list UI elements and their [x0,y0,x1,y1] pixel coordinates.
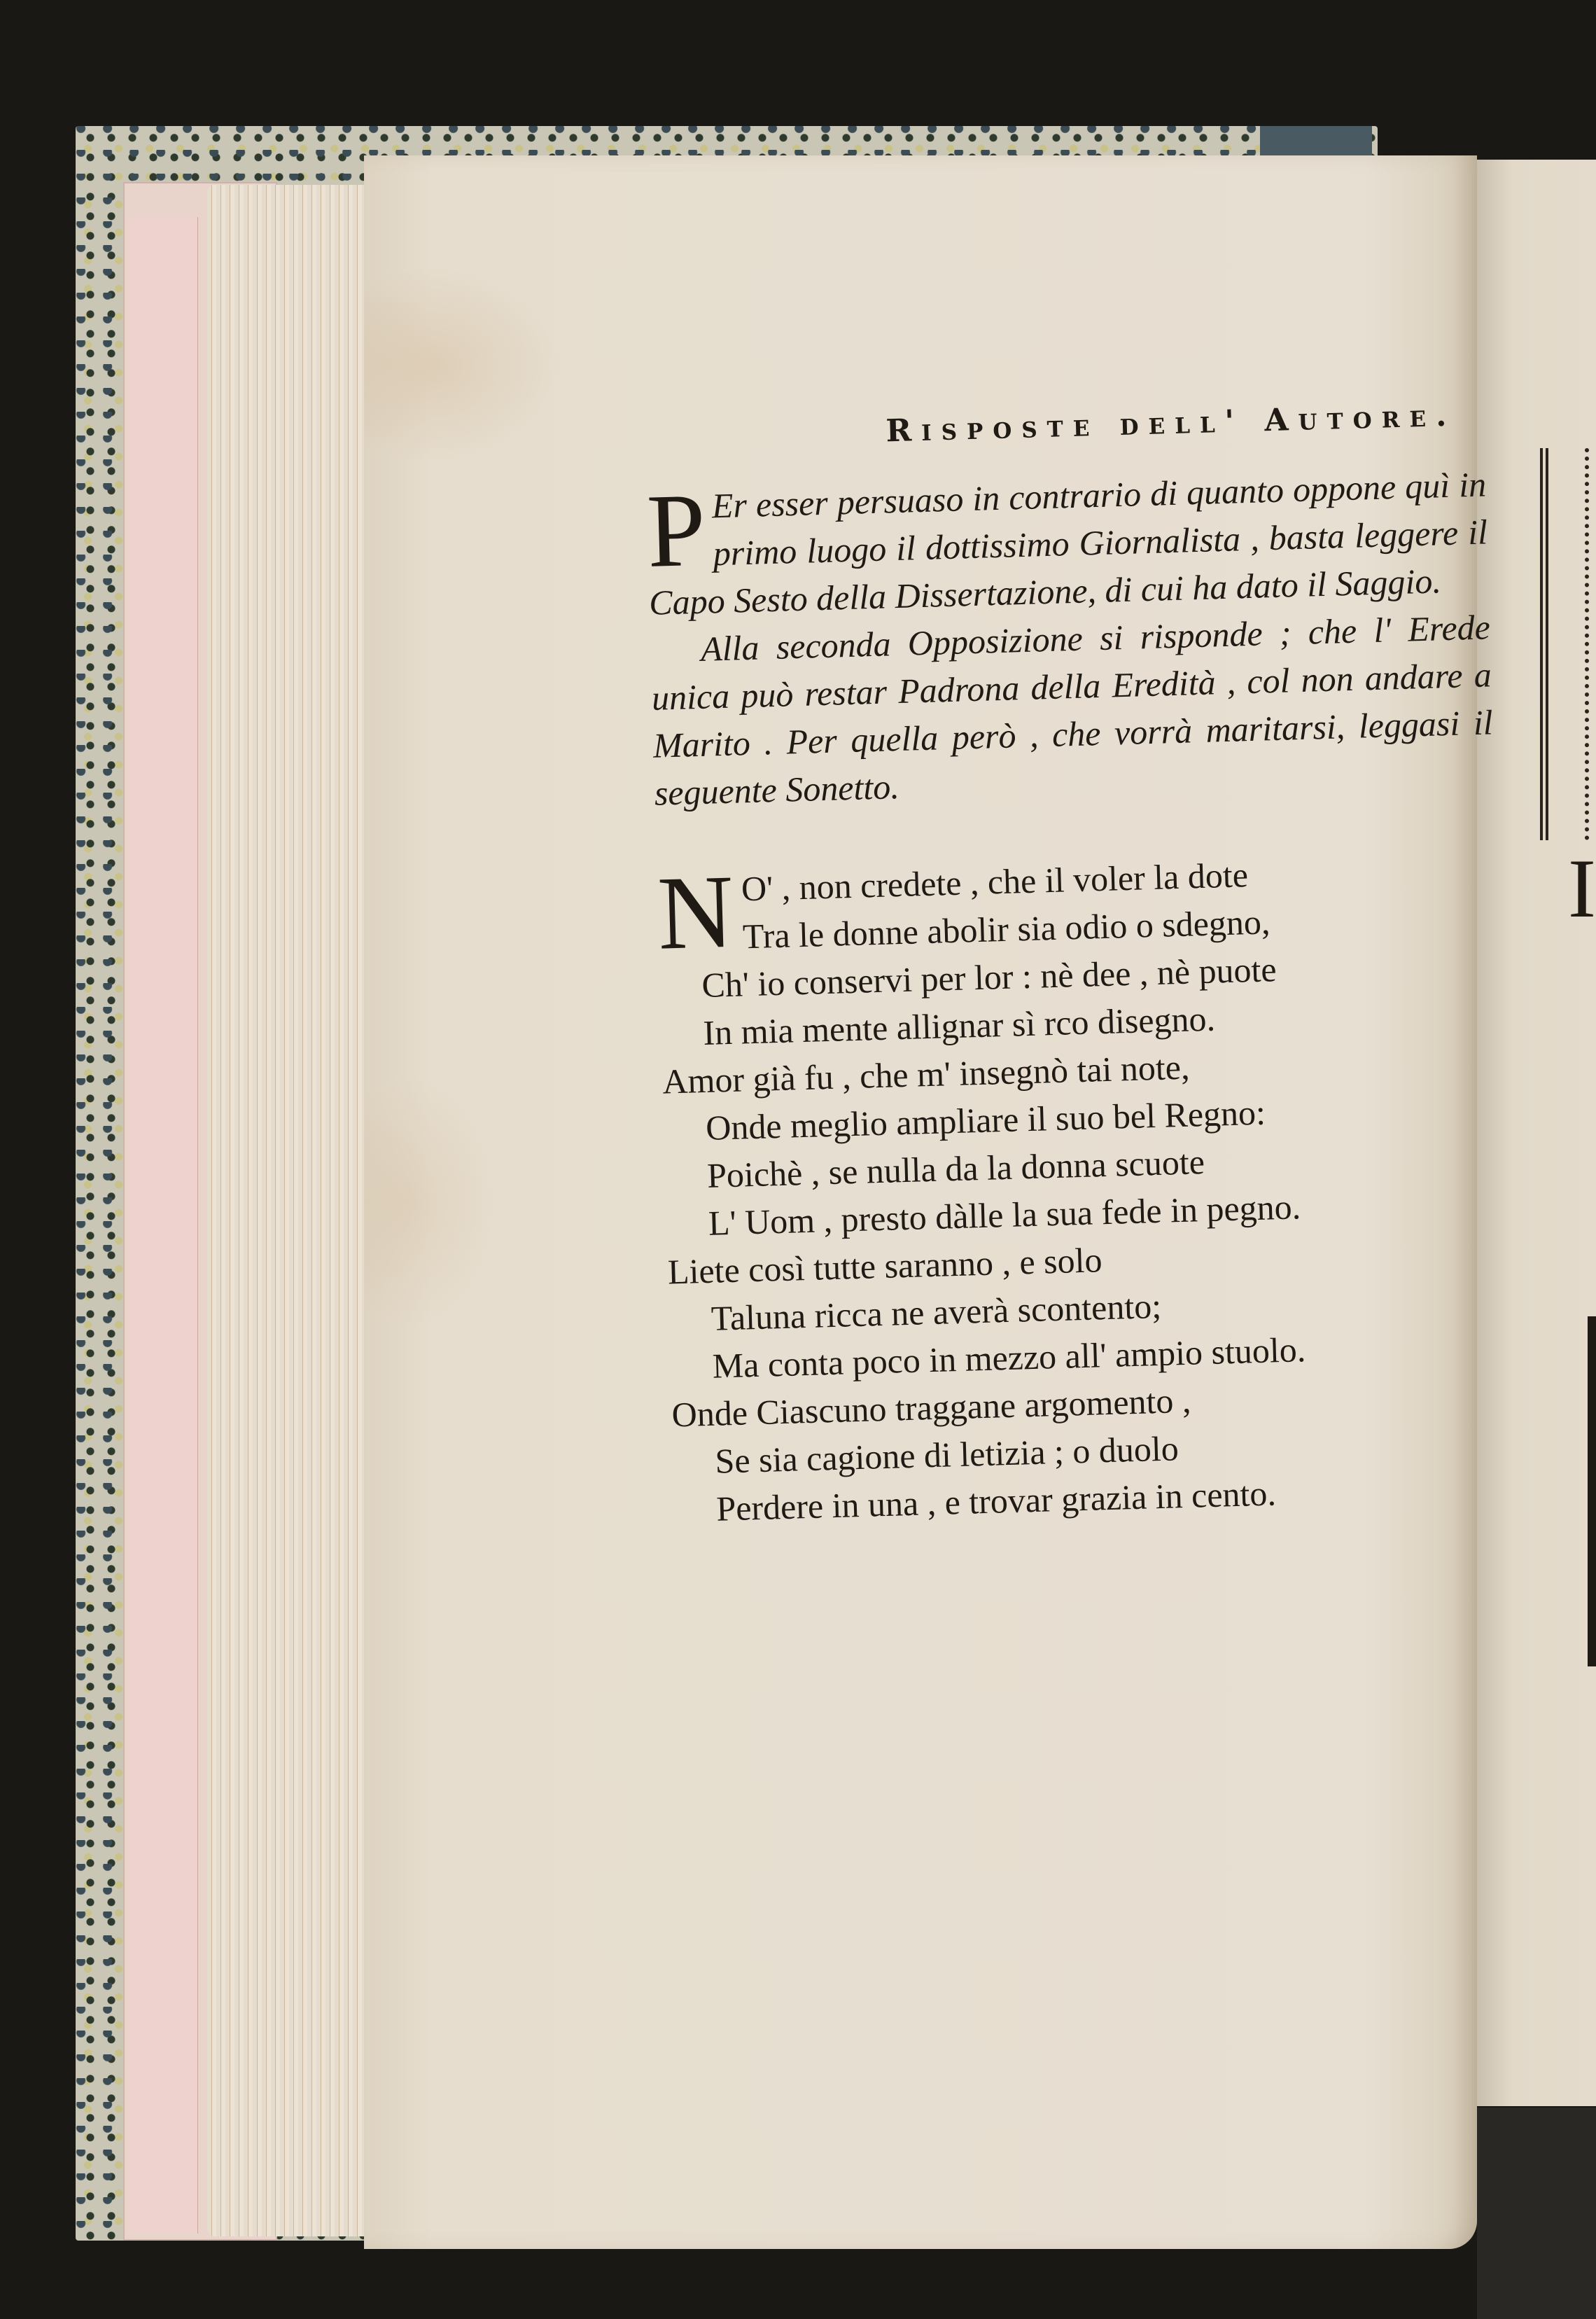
page-edges-stack [207,185,368,2236]
drop-cap-p: P [646,488,707,573]
right-page-rule [1588,1316,1596,1666]
prose-section: P Er esser persuaso in contrario di quan… [646,460,1495,816]
page-text-block: Risposte dell' Autore. P Er esser persua… [644,396,1515,1533]
paragraph-2: Alla seconda Opposizione si risponde ; c… [650,603,1494,816]
sonnet: N O' , non credete , che il voler la dot… [657,844,1515,1533]
paragraph-1: P Er esser persuaso in contrario di quan… [646,460,1490,626]
ornamental-border-icon [1540,448,1589,840]
right-page-initial: I [1568,840,1596,937]
right-cover-board [1477,2108,1596,2319]
drop-cap-n: N [657,870,735,956]
pink-endpaper-inner [127,217,198,2234]
